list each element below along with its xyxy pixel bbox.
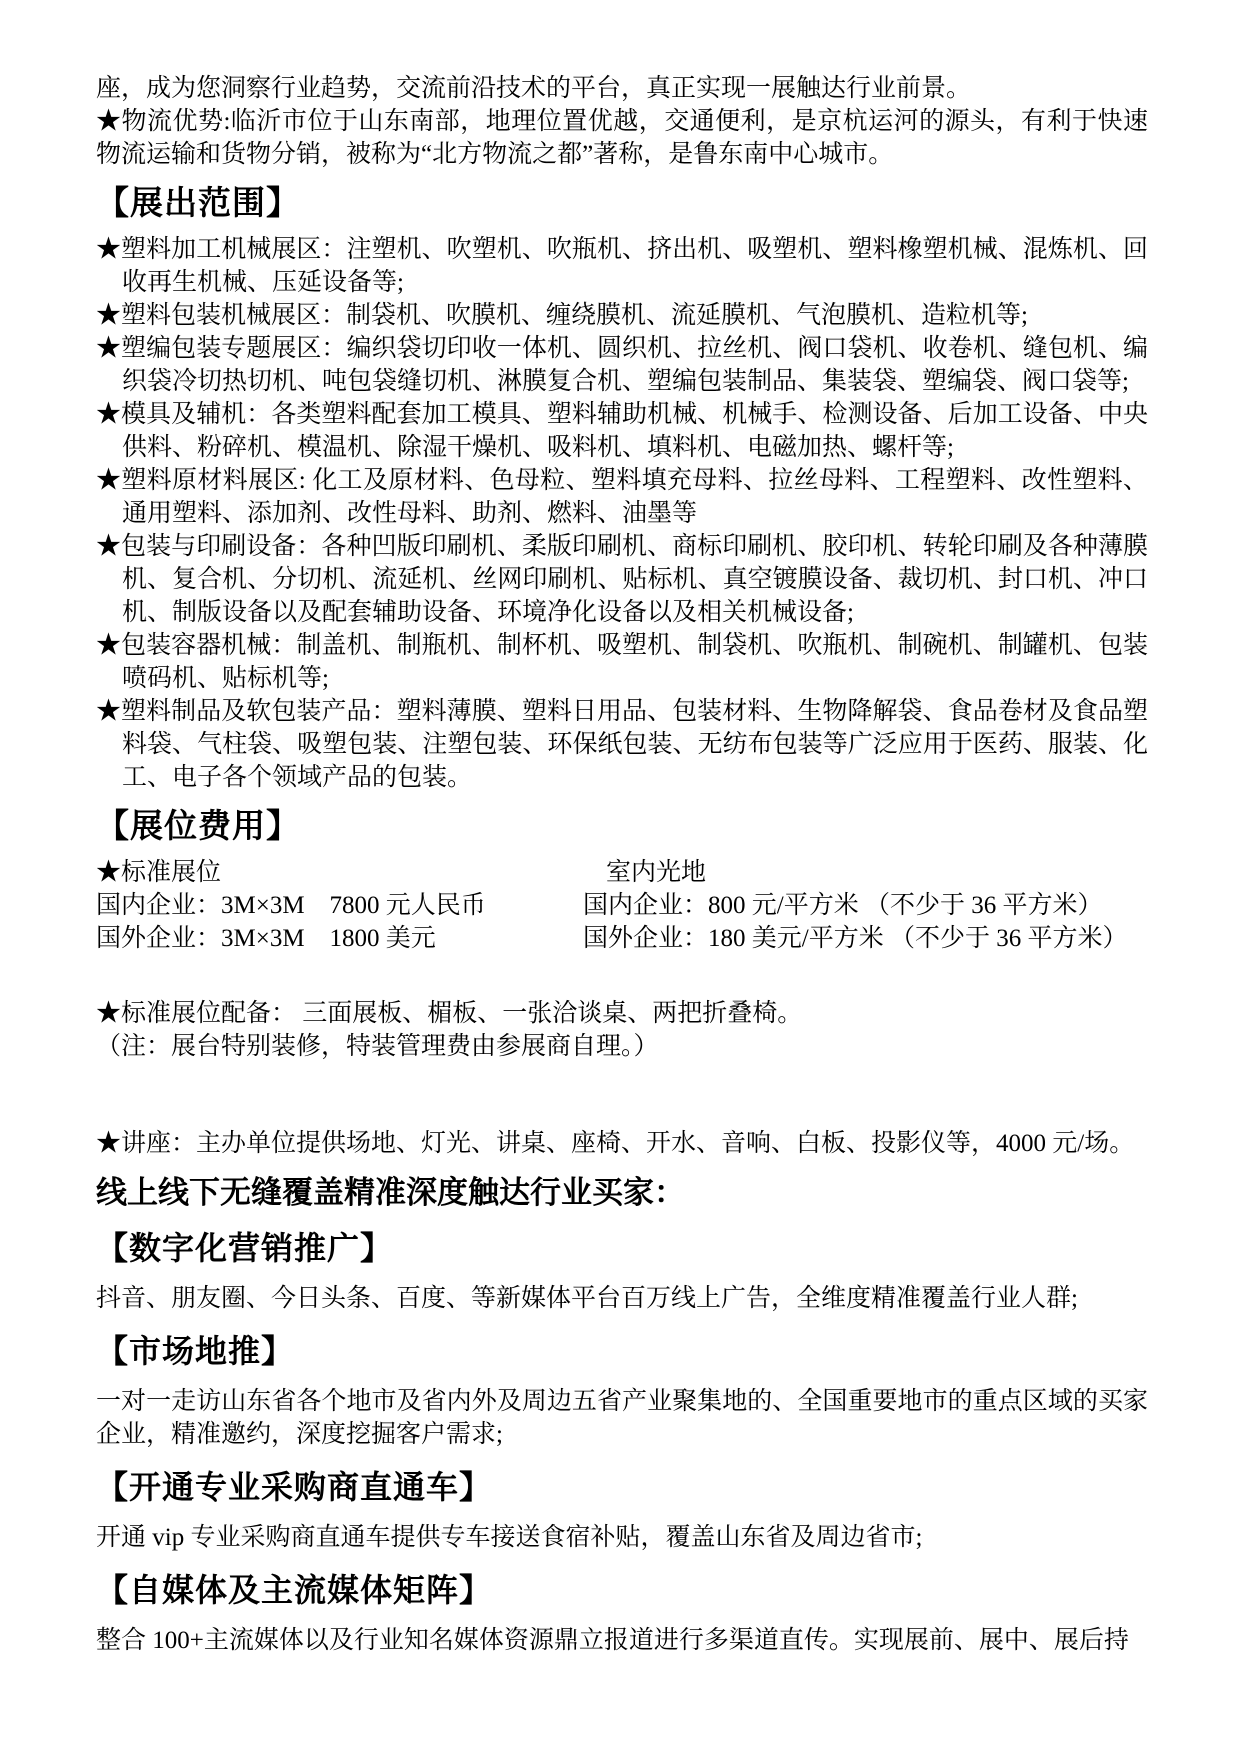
buyer-express-body: 开通 vip 专业采购商直通车提供专车接送食宿补贴，覆盖山东省及周边省市; <box>96 1521 1148 1554</box>
standard-booth-domestic-row: 国内企业：3M×3M 7800 元人民币 <box>96 889 583 922</box>
lecture-fee-text: ★讲座：主办单位提供场地、灯光、讲桌、座椅、开水、音响、白板、投影仪等，4000… <box>96 1127 1148 1160</box>
fees-table: ★标准展位 国内企业：3M×3M 7800 元人民币 国外企业：3M×3M 18… <box>96 856 1148 955</box>
standard-booth-foreign-row: 国外企业：3M×3M 1800 美元 <box>96 922 583 955</box>
marketing-headline: 线上线下无缝覆盖精准深度触达行业买家： <box>96 1174 1148 1212</box>
ground-promotion-body: 一对一走访山东省各个地市及省内外及周边五省产业聚集地的、全国重要地市的重点区域的… <box>96 1385 1148 1451</box>
raw-space-title: 室内光地 <box>583 856 1148 889</box>
scope-item-molds-auxiliary: ★模具及辅机：各类塑料配套加工模具、塑料辅助机械、机械手、检测设备、后加工设备、… <box>96 398 1148 464</box>
scope-item-container-machinery: ★包装容器机械：制盖机、制瓶机、制杯机、吸塑机、制袋机、吹瓶机、制碗机、制罐机、… <box>96 629 1148 695</box>
scope-item-printing-equipment: ★包装与印刷设备：各种凹版印刷机、柔版印刷机、商标印刷机、胶印机、转轮印刷及各种… <box>96 530 1148 629</box>
fees-standard-booth-column: ★标准展位 国内企业：3M×3M 7800 元人民币 国外企业：3M×3M 18… <box>96 856 583 955</box>
digital-marketing-body: 抖音、朋友圈、今日头条、百度、等新媒体平台百万线上广告，全维度精准覆盖行业人群; <box>96 1282 1148 1315</box>
raw-space-foreign-row: 国外企业：180 美元/平方米 （不少于 36 平方米） <box>583 922 1148 955</box>
standard-booth-title: ★标准展位 <box>96 856 583 889</box>
raw-space-domestic-row: 国内企业：800 元/平方米 （不少于 36 平方米） <box>583 889 1148 922</box>
document-page: 座，成为您洞察行业趋势，交流前沿技术的平台，真正实现一展触达行业前景。 ★物流优… <box>0 0 1240 1754</box>
logistics-advantage-text: ★物流优势:临沂市位于山东南部，地理位置优越，交通便利，是京杭运河的源头，有利于… <box>96 105 1148 171</box>
media-matrix-body: 整合 100+主流媒体以及行业知名媒体资源鼎立报道进行多渠道直传。实现展前、展中… <box>96 1624 1148 1657</box>
buyer-express-heading: 【开通专业采购商直通车】 <box>96 1467 1148 1507</box>
scope-item-plastic-processing: ★塑料加工机械展区：注塑机、吹塑机、吹瓶机、挤出机、吸塑机、塑料橡塑机械、混炼机… <box>96 233 1148 299</box>
scope-item-raw-materials: ★塑料原材料展区: 化工及原材料、色母粒、塑料填充母料、拉丝母料、工程塑料、改性… <box>96 464 1148 530</box>
scope-item-plastic-packaging: ★塑料包装机械展区：制袋机、吹膜机、缠绕膜机、流延膜机、气泡膜机、造粒机等; <box>96 299 1148 332</box>
scope-item-plastic-products: ★塑料制品及软包装产品：塑料薄膜、塑料日用品、包装材料、生物降解袋、食品卷材及食… <box>96 695 1148 794</box>
digital-marketing-heading: 【数字化营销推广】 <box>96 1228 1148 1268</box>
scope-item-woven-packaging: ★塑编包装专题展区：编织袋切印收一体机、圆织机、拉丝机、阀口袋机、收卷机、缝包机… <box>96 332 1148 398</box>
booth-decoration-note: （注：展台特别装修，特装管理费由参展商自理。） <box>96 1030 1148 1063</box>
fees-raw-space-column: 室内光地 国内企业：800 元/平方米 （不少于 36 平方米） 国外企业：18… <box>583 856 1148 955</box>
fees-section-heading: 【展位费用】 <box>96 806 1148 846</box>
intro-continuation-text: 座，成为您洞察行业趋势，交流前沿技术的平台，真正实现一展触达行业前景。 <box>96 72 1148 105</box>
ground-promotion-heading: 【市场地推】 <box>96 1331 1148 1371</box>
scope-section-heading: 【展出范围】 <box>96 183 1148 223</box>
standard-booth-equipment-text: ★标准展位配备： 三面展板、楣板、一张洽谈桌、两把折叠椅。 <box>96 997 1148 1030</box>
media-matrix-heading: 【自媒体及主流媒体矩阵】 <box>96 1570 1148 1610</box>
